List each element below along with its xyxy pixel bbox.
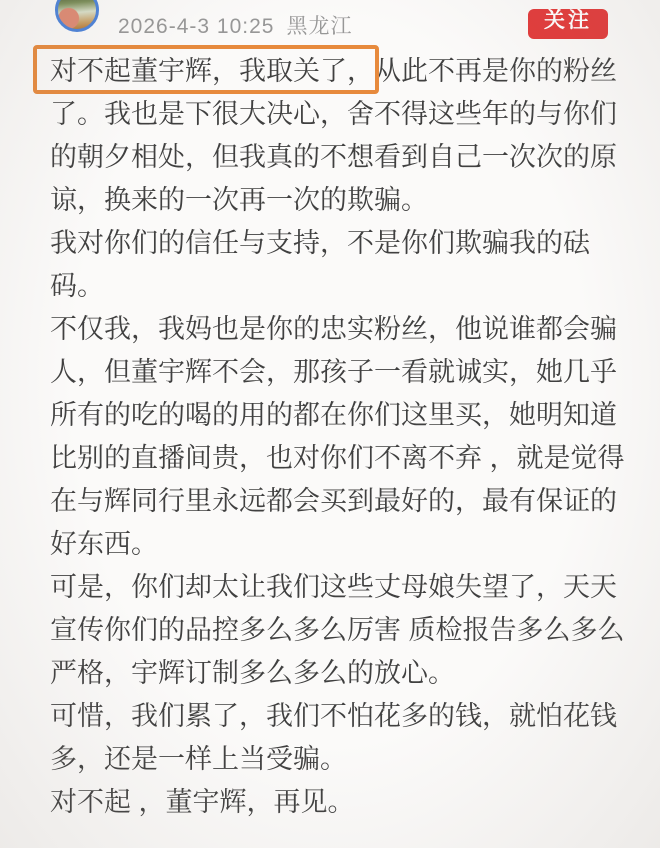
post-content: 对不起董宇辉，我取关了，从此不再是你的粉丝了。我也是下很大决心，舍不得这些年的与… [50,50,630,824]
timestamp: 2026-4-3 10:25 [118,15,274,38]
post-text-segment: 可惜，我们累了，我们不怕花多的钱，就怕花钱 [50,701,617,731]
post-line: 好东西。 [50,523,630,566]
post-text-segment: 在与辉同行里永远都会买到最好的，最有保证的 [50,486,617,516]
post-line: 所有的吃的喝的用的都在你们这里买，她明知道 [50,394,630,437]
post-header: 2026-4-3 10:25黑龙江 关注 [0,0,660,48]
post-text-segment: 了。我也是下很大决心，舍不得这些年的与你们 [50,99,617,129]
location: 黑龙江 [286,15,352,38]
post-line: 人，但董宇辉不会，那孩子一看就诚实，她几乎 [50,351,630,394]
post-line: 我对你们的信任与支持，不是你们欺骗我的砝 [50,222,630,265]
post-line: 可是，你们却太让我们这些丈母娘失望了，天天 [50,566,630,609]
post-card: 2026-4-3 10:25黑龙江 关注 对不起董宇辉，我取关了，从此不再是你的… [0,0,660,848]
post-text-segment: 好东西。 [50,529,158,559]
post-line: 了。我也是下很大决心，舍不得这些年的与你们 [50,93,630,136]
post-text-segment: 从此不再是你的粉丝 [374,56,617,86]
highlighted-text: 对不起董宇辉，我取关了， [50,50,374,93]
post-text-segment: 多，还是一样上当受骗。 [50,744,347,774]
post-line: 宣传你们的品控多么多么厉害 质检报告多么多么 [50,609,630,652]
avatar-image [55,0,99,32]
post-line: 可惜，我们累了，我们不怕花多的钱，就怕花钱 [50,695,630,738]
follow-button-label: 关注 [528,9,608,34]
post-line: 对不起董宇辉，我取关了，从此不再是你的粉丝 [50,50,630,93]
post-text-segment: 的朝夕相处，但我真的不想看到自己一次次的原 [50,142,617,172]
post-text-segment: 不仅我，我妈也是你的忠实粉丝，他说谁都会骗 [50,314,617,344]
post-text-segment: 所有的吃的喝的用的都在你们这里买，她明知道 [50,400,617,430]
avatar[interactable] [55,0,107,40]
post-line: 码。 [50,265,630,308]
post-text-segment: 可是，你们却太让我们这些丈母娘失望了，天天 [50,572,617,602]
post-text-segment: 我对你们的信任与支持，不是你们欺骗我的砝 [50,228,590,258]
post-text-segment: 人，但董宇辉不会，那孩子一看就诚实，她几乎 [50,357,617,387]
post-line: 多，还是一样上当受骗。 [50,738,630,781]
post-text-segment: 严格，宇辉订制多么多么的放心。 [50,658,455,688]
post-line: 在与辉同行里永远都会买到最好的，最有保证的 [50,480,630,523]
post-text-segment: 比别的直播间贵，也对你们不离不弃 ，就是觉得 [50,443,625,473]
post-meta: 2026-4-3 10:25黑龙江 [118,10,352,40]
post-line: 不仅我，我妈也是你的忠实粉丝，他说谁都会骗 [50,308,630,351]
post-text-segment: 谅，换来的一次再一次的欺骗。 [50,185,428,215]
post-line: 严格，宇辉订制多么多么的放心。 [50,652,630,695]
post-text-segment: 码。 [50,271,104,301]
post-line: 的朝夕相处，但我真的不想看到自己一次次的原 [50,136,630,179]
post-line: 对不起 ，董宇辉，再见。 [50,781,630,824]
post-text-segment: 宣传你们的品控多么多么厉害 质检报告多么多么 [50,615,625,645]
post-line: 比别的直播间贵，也对你们不离不弃 ，就是觉得 [50,437,630,480]
follow-button[interactable]: 关注 [528,9,608,39]
post-line: 谅，换来的一次再一次的欺骗。 [50,179,630,222]
post-text-segment: 对不起 ，董宇辉，再见。 [50,787,355,817]
